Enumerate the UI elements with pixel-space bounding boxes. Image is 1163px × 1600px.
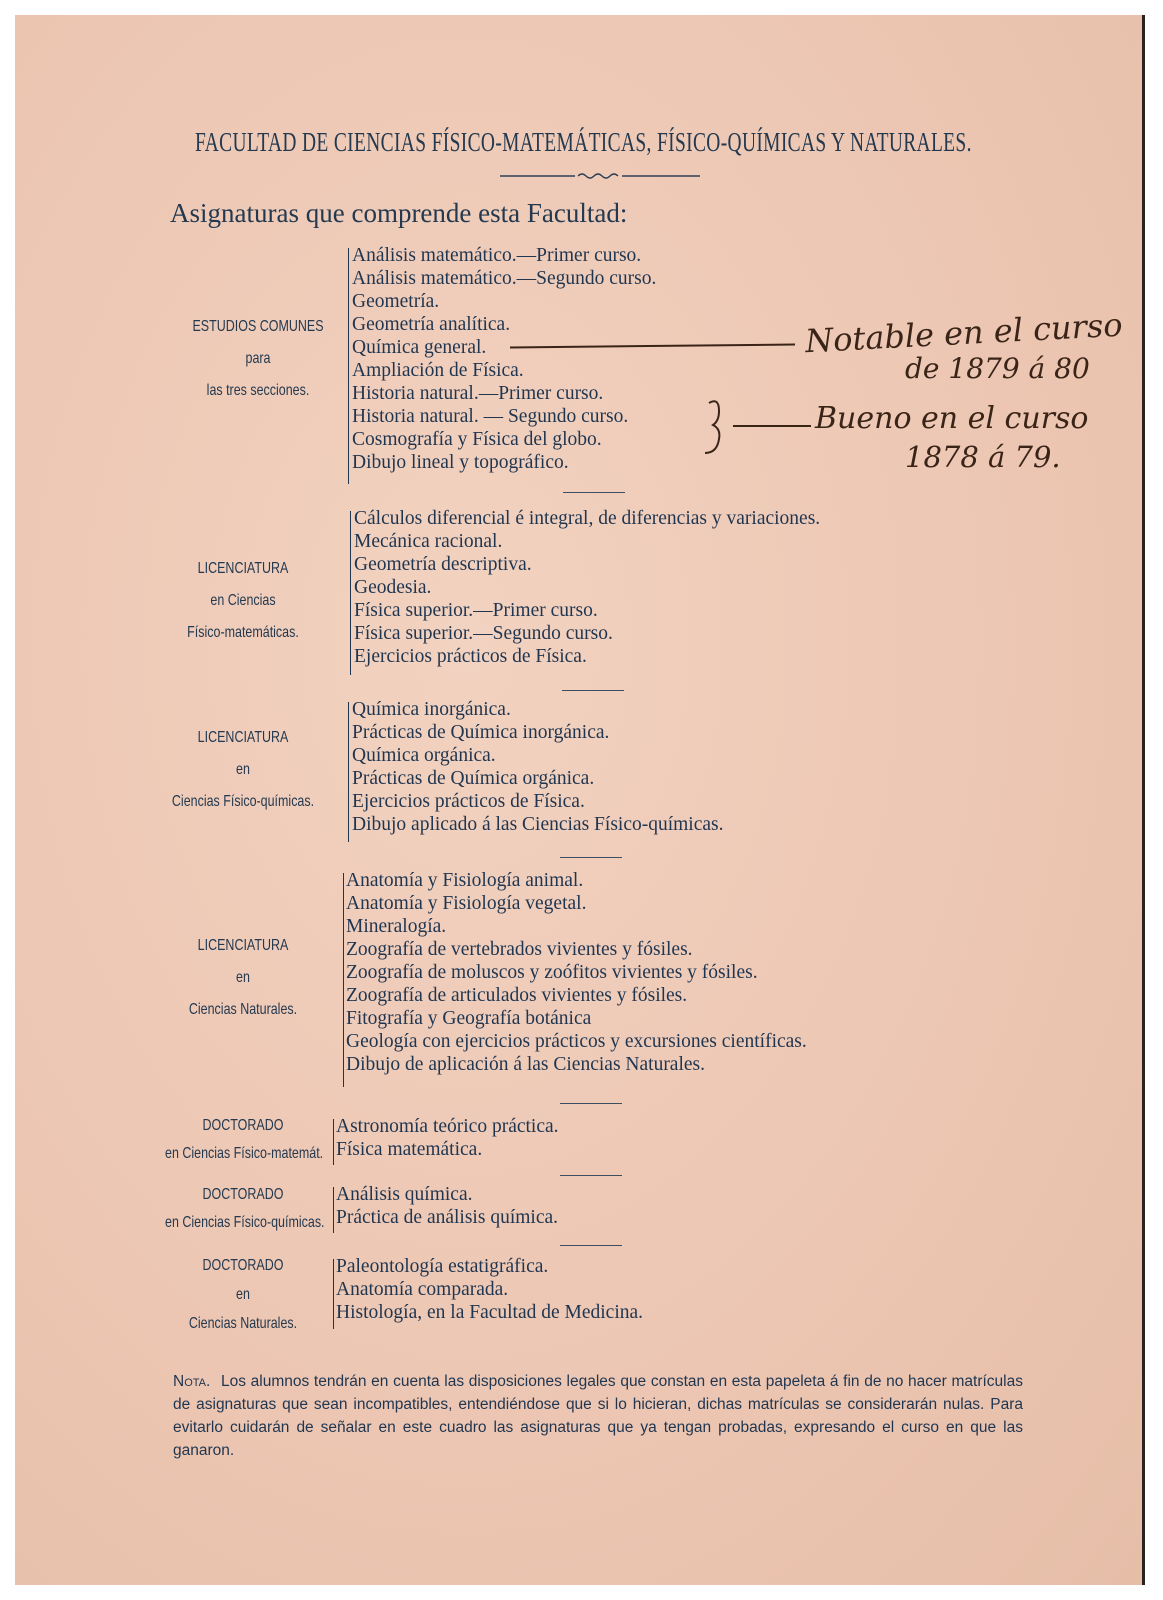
- subject-item: Prácticas de Química inorgánica.: [352, 721, 724, 744]
- subject-item: Geología con ejercicios prácticos y excu…: [346, 1030, 807, 1053]
- section-divider: [560, 1103, 622, 1104]
- section-label-doct-fisico-matematicas: DOCTORADO en Ciencias Físico-matemát.: [143, 1112, 343, 1168]
- section-divider: [560, 857, 622, 858]
- subject-item: Historia natural.—Primer curso.: [352, 382, 656, 405]
- subject-item: Anatomía comparada.: [336, 1278, 643, 1301]
- handwritten-brace-icon: [703, 397, 729, 457]
- subject-item: Historia natural. — Segundo curso.: [352, 405, 656, 428]
- ornament-divider-icon: [500, 171, 700, 181]
- section-divider: [560, 1175, 622, 1176]
- section-items-lic-fisico-matematicas: Cálculos diferencial é integral, de dife…: [354, 507, 820, 668]
- section-items-doct-fisico-matematicas: Astronomía teórico práctica. Física mate…: [336, 1115, 559, 1161]
- faculty-title: FACULTAD DE CIENCIAS FÍSICO-MATEMÁTICAS,…: [195, 127, 764, 158]
- subject-item: Mineralogía.: [346, 915, 807, 938]
- subject-item: Zoografía de articulados vivientes y fós…: [346, 984, 807, 1007]
- section-label-doct-naturales: DOCTORADO en Ciencias Naturales.: [143, 1251, 343, 1338]
- subject-item: Química general.: [352, 336, 656, 359]
- subject-item: Cosmografía y Física del globo.: [352, 428, 656, 451]
- subject-item: Zoografía de moluscos y zoófitos vivient…: [346, 961, 807, 984]
- brace: [343, 873, 344, 1087]
- brace: [350, 511, 351, 675]
- section-divider: [563, 492, 625, 493]
- subject-item: Geometría analítica.: [352, 313, 656, 336]
- section-divider: [562, 690, 624, 691]
- subject-item: Práctica de análisis química.: [336, 1206, 558, 1229]
- section-items-doct-naturales: Paleontología estatigráfica. Anatomía co…: [336, 1255, 643, 1324]
- section-divider: [560, 1245, 622, 1246]
- footnote-heading: Nota.: [173, 1373, 210, 1390]
- section-items-doct-fisico-quimicas: Análisis química. Práctica de análisis q…: [336, 1183, 558, 1229]
- subject-item: Ejercicios prácticos de Física.: [354, 645, 820, 668]
- section-label-lic-fisico-matematicas: LICENCIATURA en Ciencias Físico-matemáti…: [143, 553, 343, 649]
- section-items-lic-fisico-quimicas: Química inorgánica. Prácticas de Química…: [352, 698, 724, 836]
- subjects-heading: Asignaturas que comprende esta Facultad:: [170, 198, 627, 229]
- section-items-estudios-comunes: Análisis matemático.—Primer curso. Análi…: [352, 244, 656, 474]
- subject-item: Geometría descriptiva.: [354, 553, 820, 576]
- subject-item: Fitografía y Geografía botánica: [346, 1007, 807, 1030]
- brace: [348, 248, 349, 484]
- section-label-doct-fisico-quimicas: DOCTORADO en Ciencias Físico-químicas.: [143, 1181, 343, 1237]
- subject-item: Anatomía y Fisiología animal.: [346, 869, 807, 892]
- subject-item: Análisis matemático.—Segundo curso.: [352, 267, 656, 290]
- subject-item: Física superior.—Primer curso.: [354, 599, 820, 622]
- brace: [333, 1187, 334, 1233]
- section-label-lic-naturales: LICENCIATURA en Ciencias Naturales.: [143, 930, 343, 1026]
- document-page: FACULTAD DE CIENCIAS FÍSICO-MATEMÁTICAS,…: [15, 15, 1145, 1585]
- handwritten-annotation-notable: Notable en el curso de 1879 á 80: [805, 315, 1123, 387]
- footnote-text: Los alumnos tendrán en cuenta las dispos…: [173, 1373, 1023, 1459]
- subject-item: Química inorgánica.: [352, 698, 724, 721]
- subject-item: Dibujo aplicado á las Ciencias Físico-qu…: [352, 813, 724, 836]
- subject-item: Ampliación de Física.: [352, 359, 656, 382]
- subject-item: Dibujo lineal y topográfico.: [352, 451, 656, 474]
- subject-item: Geodesia.: [354, 576, 820, 599]
- footnote: Nota. Los alumnos tendrán en cuenta las …: [173, 1370, 1023, 1462]
- subject-item: Anatomía y Fisiología vegetal.: [346, 892, 807, 915]
- subject-item: Cálculos diferencial é integral, de dife…: [354, 507, 820, 530]
- brace: [348, 702, 349, 842]
- subject-item: Física matemática.: [336, 1138, 559, 1161]
- handwritten-pointer-line: [733, 425, 811, 427]
- subject-item: Paleontología estatigráfica.: [336, 1255, 643, 1278]
- brace: [333, 1259, 334, 1329]
- subject-item: Análisis matemático.—Primer curso.: [352, 244, 656, 267]
- subject-item: Dibujo de aplicación á las Ciencias Natu…: [346, 1053, 807, 1076]
- subject-item: Mecánica racional.: [354, 530, 820, 553]
- subject-item: Astronomía teórico práctica.: [336, 1115, 559, 1138]
- subject-item: Análisis química.: [336, 1183, 558, 1206]
- section-label-lic-fisico-quimicas: LICENCIATURA en Ciencias Físico-químicas…: [143, 722, 343, 818]
- section-label-estudios-comunes: ESTUDIOS COMUNES para las tres secciones…: [158, 311, 358, 407]
- subject-item: Química orgánica.: [352, 744, 724, 767]
- brace: [333, 1119, 334, 1165]
- subject-item: Zoografía de vertebrados vivientes y fós…: [346, 938, 807, 961]
- section-items-lic-naturales: Anatomía y Fisiología animal. Anatomía y…: [346, 869, 807, 1076]
- subject-item: Ejercicios prácticos de Física.: [352, 790, 724, 813]
- subject-item: Física superior.—Segundo curso.: [354, 622, 820, 645]
- subject-item: Prácticas de Química orgánica.: [352, 767, 724, 790]
- handwritten-annotation-bueno: Bueno en el curso 1878 á 79.: [815, 400, 1088, 476]
- subject-item: Histología, en la Facultad de Medicina.: [336, 1301, 643, 1324]
- subject-item: Geometría.: [352, 290, 656, 313]
